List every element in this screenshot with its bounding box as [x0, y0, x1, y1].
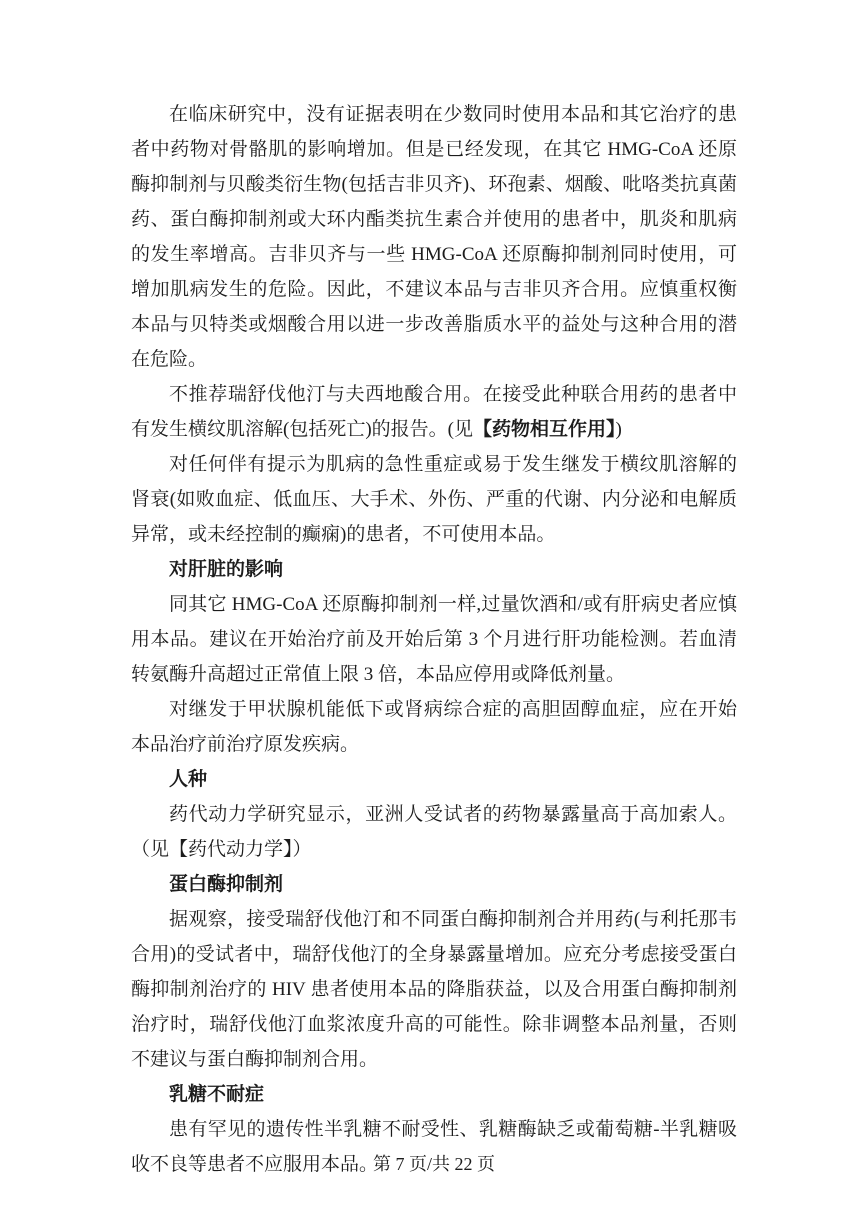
text-run: 蛋白酶抑制剂	[169, 874, 283, 895]
text-run: 人种	[169, 769, 207, 790]
paragraph: 对继发于甲状腺机能低下或肾病综合症的高胆固醇血症，应在开始本品治疗前治疗原发疾病…	[131, 692, 737, 762]
text-run: )	[616, 419, 622, 440]
document-page: 在临床研究中，没有证据表明在少数同时使用本品和其它治疗的患者中药物对骨骼肌的影响…	[0, 0, 868, 1227]
paragraph: 药代动力学研究显示，亚洲人受试者的药物暴露量高于高加索人。（见【药代动力学】）	[131, 797, 737, 867]
text-run: 不推荐瑞舒伐他汀与夫西地酸合用。在接受此种联合用药的患者中有发生横纹肌溶解(包括…	[131, 384, 737, 440]
bold-text-run: 【药物相互作用】	[473, 419, 616, 440]
page-number-footer: 第 7 页/共 22 页	[0, 1150, 868, 1178]
text-run: 药代动力学研究显示，亚洲人受试者的药物暴露量高于高加索人。（见【药代动力学】）	[131, 804, 737, 860]
text-run: 同其它 HMG-CoA 还原酶抑制剂一样,过量饮酒和/或有肝病史者应慎用本品。建…	[131, 594, 737, 685]
section-heading: 蛋白酶抑制剂	[131, 867, 737, 902]
paragraph: 对任何伴有提示为肌病的急性重症或易于发生继发于横纹肌溶解的肾衰(如败血症、低血压…	[131, 447, 737, 552]
paragraph: 在临床研究中，没有证据表明在少数同时使用本品和其它治疗的患者中药物对骨骼肌的影响…	[131, 97, 737, 377]
text-run: 在临床研究中，没有证据表明在少数同时使用本品和其它治疗的患者中药物对骨骼肌的影响…	[131, 104, 737, 370]
text-run: 据观察，接受瑞舒伐他汀和不同蛋白酶抑制剂合并用药(与利托那韦合用)的受试者中，瑞…	[131, 909, 737, 1070]
text-run: 对任何伴有提示为肌病的急性重症或易于发生继发于横纹肌溶解的肾衰(如败血症、低血压…	[131, 454, 737, 545]
text-run: 乳糖不耐症	[169, 1084, 264, 1105]
section-heading: 乳糖不耐症	[131, 1077, 737, 1112]
paragraph: 据观察，接受瑞舒伐他汀和不同蛋白酶抑制剂合并用药(与利托那韦合用)的受试者中，瑞…	[131, 902, 737, 1077]
document-body: 在临床研究中，没有证据表明在少数同时使用本品和其它治疗的患者中药物对骨骼肌的影响…	[131, 97, 737, 1182]
text-run: 对肝脏的影响	[169, 559, 283, 580]
section-heading: 人种	[131, 762, 737, 797]
paragraph: 不推荐瑞舒伐他汀与夫西地酸合用。在接受此种联合用药的患者中有发生横纹肌溶解(包括…	[131, 377, 737, 447]
section-heading: 对肝脏的影响	[131, 552, 737, 587]
paragraph: 同其它 HMG-CoA 还原酶抑制剂一样,过量饮酒和/或有肝病史者应慎用本品。建…	[131, 587, 737, 692]
text-run: 对继发于甲状腺机能低下或肾病综合症的高胆固醇血症，应在开始本品治疗前治疗原发疾病…	[131, 699, 737, 755]
